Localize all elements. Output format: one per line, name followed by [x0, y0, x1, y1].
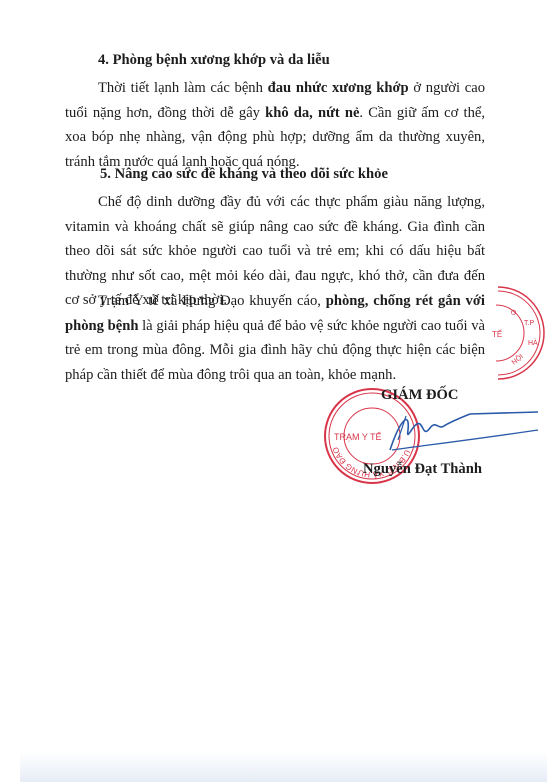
document-page: 4. Phòng bệnh xương khớp và da liễu Thời… — [0, 0, 547, 782]
svg-text:T.P: T.P — [524, 320, 534, 327]
section-paragraph-4: Thời tiết lạnh làm các bệnh đau nhức xươ… — [65, 76, 485, 174]
bold-run: khô da, nứt nẻ — [265, 105, 359, 121]
partial-stamp-icon: O T.P HÀ NỘI TẾ — [488, 283, 547, 383]
handwritten-signature-icon — [380, 410, 540, 460]
svg-text:TRẠM Y TẾ: TRẠM Y TẾ — [334, 432, 382, 442]
bold-run: đau nhức xương khớp — [268, 80, 409, 96]
svg-text:HÀ: HÀ — [528, 338, 538, 347]
scan-shadow — [20, 752, 547, 782]
signer-title: GIÁM ĐỐC — [381, 387, 458, 404]
text-run: Thời tiết lạnh làm các bệnh — [98, 80, 268, 96]
svg-text:TẾ: TẾ — [492, 329, 502, 339]
signer-name: Nguyễn Đạt Thành — [363, 461, 482, 478]
closing-paragraph: Trạm Y tế xã Hưng Đạo khuyến cáo, phòng,… — [65, 289, 485, 387]
section-heading-5: 5. Nâng cao sức đề kháng và theo dõi sức… — [100, 166, 388, 183]
svg-text:NỘI: NỘI — [510, 352, 525, 367]
text-run: Trạm Y tế xã Hưng Đạo khuyến cáo, — [98, 293, 326, 309]
section-heading-4: 4. Phòng bệnh xương khớp và da liễu — [98, 52, 330, 69]
